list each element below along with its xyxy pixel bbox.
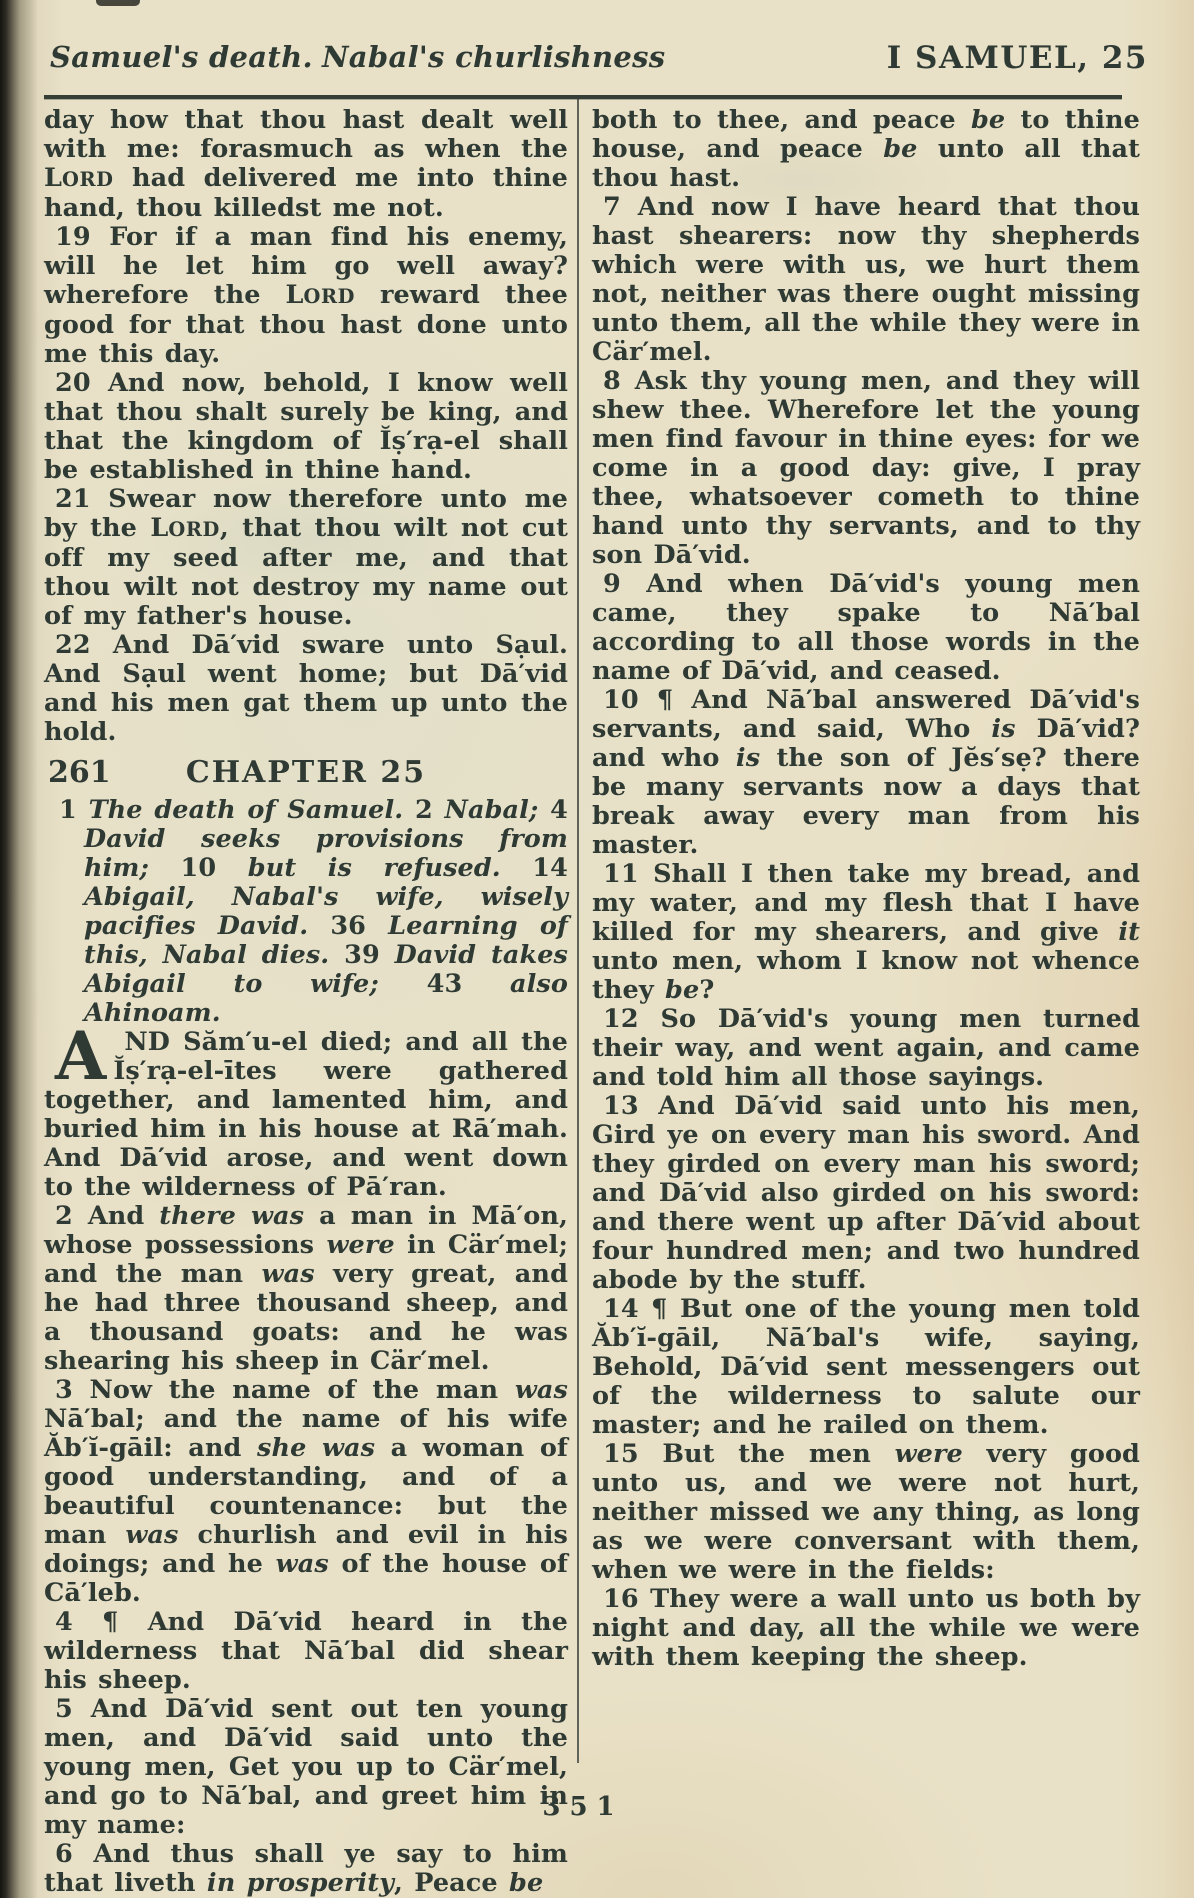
verse-paragraph: 6 And thus shall ye say to him that live… <box>44 1840 568 1898</box>
chapter-summary: 1 The death of Samuel. 2 Nabal; 4 David … <box>44 796 568 1028</box>
chapter-margin-number: 261 <box>48 755 111 790</box>
verse-paragraph: 3 Now the name of the man was Nā′bal; an… <box>44 1376 568 1608</box>
header-rule <box>44 95 1122 99</box>
verse-paragraph: 10 ¶ And Nā′bal answered Dā′vid's servan… <box>592 686 1140 860</box>
verse-paragraph: 2 And there was a man in Mā′on, whose po… <box>44 1202 568 1376</box>
verse-paragraph: 16 They were a wall unto us both by nigh… <box>592 1585 1140 1672</box>
chapter-heading-row: 261CHAPTER 25 <box>44 755 568 791</box>
chapter-title: CHAPTER 25 <box>186 755 426 790</box>
left-column: day how that thou hast dealt well with m… <box>44 106 568 1898</box>
verse-paragraph: 4 ¶ And Dā′vid heard in the wilderness t… <box>44 1608 568 1695</box>
verse-paragraph: 9 And when Dā′vid's young men came, they… <box>592 570 1140 686</box>
book-chapter-title: I SAMUEL, 25 <box>887 40 1148 76</box>
small-caps-divine-name: ORD <box>304 285 356 308</box>
verse-paragraph: 8 Ask thy young men, and they will shew … <box>592 367 1140 570</box>
running-title-center: Nabal's churlishness <box>322 40 665 74</box>
bible-page: Samuel's death. Nabal's churlishness I S… <box>0 0 1194 1898</box>
running-head: Samuel's death. Nabal's churlishness I S… <box>0 40 1194 86</box>
small-caps-divine-name: ORD <box>62 168 114 191</box>
scan-edge-mark <box>96 0 140 6</box>
verse-paragraph: 14 ¶ But one of the young men told Ăb′ĭ-… <box>592 1295 1140 1440</box>
verse-paragraph: 19 For if a man find his enemy, will he … <box>44 223 568 369</box>
binding-edge <box>0 0 40 1898</box>
continuation-paragraph: day how that thou hast dealt well with m… <box>44 106 568 223</box>
verse-paragraph: 7 And now I have heard that thou hast sh… <box>592 193 1140 367</box>
right-column: both to thee, and peace be to thine hous… <box>592 106 1140 1672</box>
verse-paragraph: 12 So Dā′vid's young men turned their wa… <box>592 1005 1140 1092</box>
verse-paragraph-dropcap: AND Săm′u-el died; and all the Ĭṣ′rạ-el-… <box>44 1028 568 1202</box>
continuation-paragraph: both to thee, and peace be to thine hous… <box>592 106 1140 193</box>
verse-paragraph: 13 And Dā′vid said unto his men, Gird ye… <box>592 1092 1140 1295</box>
verse-paragraph: 21 Swear now therefore unto me by the LO… <box>44 485 568 631</box>
column-divider <box>577 97 579 1763</box>
drop-cap: A <box>44 1031 106 1081</box>
page-number: 351 <box>44 1792 1122 1822</box>
verse-paragraph: 22 And Dā′vid sware unto Sạul. And Sạul … <box>44 631 568 747</box>
verse-paragraph: 11 Shall I then take my bread, and my wa… <box>592 860 1140 1005</box>
running-title-left: Samuel's death. <box>50 40 313 74</box>
verse-paragraph: 15 But the men were very good unto us, a… <box>592 1440 1140 1585</box>
small-caps-divine-name: ORD <box>168 518 220 541</box>
verse-paragraph: 20 And now, behold, I know well that tho… <box>44 369 568 485</box>
